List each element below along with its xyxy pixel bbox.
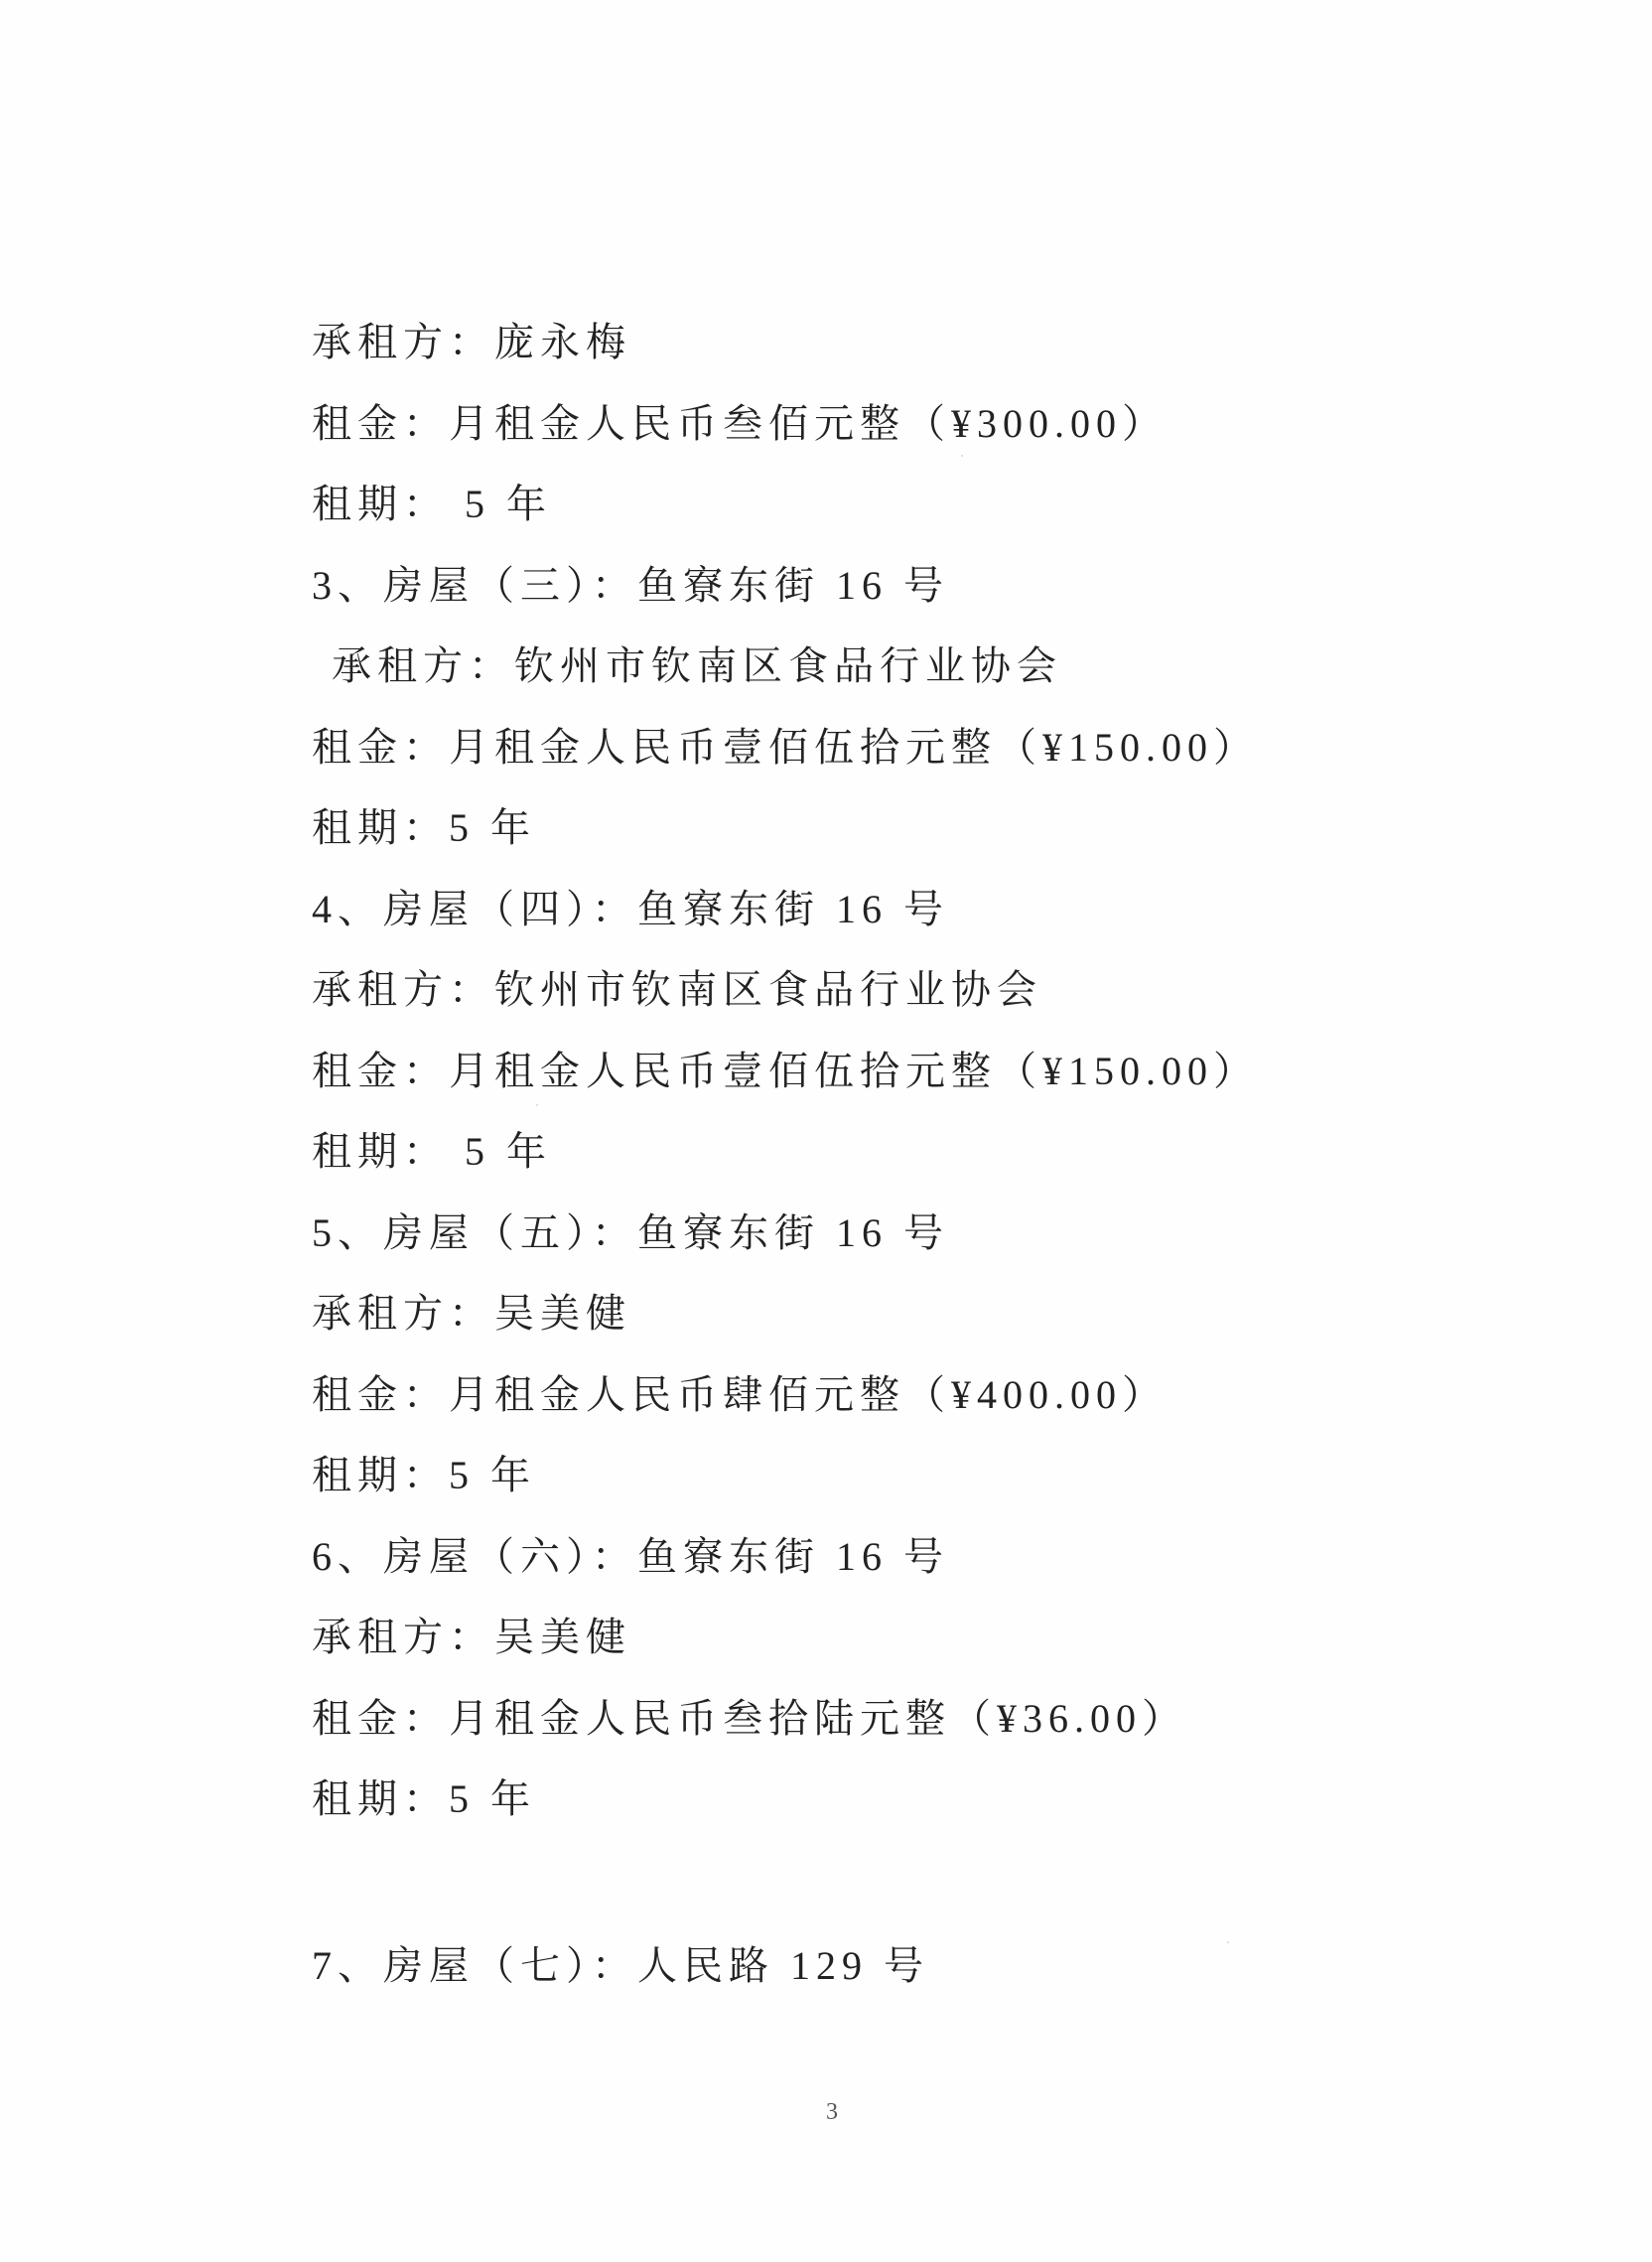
- house-7-heading: 7、房屋（七）：人民路 129 号: [312, 1936, 929, 1996]
- term-line-house-6: 租期：5 年: [312, 1769, 536, 1829]
- house-3-heading: 3、房屋（三）：鱼寮东街 16 号: [312, 556, 949, 616]
- document-page: 承租方：庞永梅 租金：月租金人民币叁佰元整（¥300.00） 租期： 5 年 3…: [0, 0, 1652, 2262]
- house-6-heading: 6、房屋（六）：鱼寮东街 16 号: [312, 1527, 949, 1587]
- scan-speck: [1227, 1941, 1229, 1943]
- page-number: 3: [820, 2097, 844, 2127]
- house-5-heading: 5、房屋（五）：鱼寮东街 16 号: [312, 1203, 949, 1263]
- scan-speck: [961, 455, 963, 457]
- rent-line-house-6: 租金：月租金人民币叁拾陆元整（¥36.00）: [312, 1689, 1187, 1749]
- term-line-house-5: 租期：5 年: [312, 1446, 536, 1505]
- tenant-line-house-5: 承租方：吴美健: [312, 1284, 631, 1343]
- house-4-heading: 4、房屋（四）：鱼寮东街 16 号: [312, 880, 949, 939]
- term-line-house-4: 租期： 5 年: [312, 1122, 552, 1182]
- rent-line-house-5: 租金：月租金人民币肆佰元整（¥400.00）: [312, 1365, 1168, 1425]
- tenant-line-house-2: 承租方：庞永梅: [312, 313, 631, 372]
- tenant-line-house-4: 承租方：钦州市钦南区食品行业协会: [312, 960, 1042, 1020]
- rent-line-house-3: 租金：月租金人民币壹佰伍拾元整（¥150.00）: [312, 718, 1259, 778]
- scan-speck: [536, 1104, 538, 1106]
- term-line-house-3: 租期：5 年: [312, 798, 536, 858]
- tenant-line-house-6: 承租方：吴美健: [312, 1608, 631, 1667]
- rent-line-house-2: 租金：月租金人民币叁佰元整（¥300.00）: [312, 394, 1168, 454]
- tenant-line-house-3: 承租方：钦州市钦南区食品行业协会: [332, 636, 1062, 696]
- rent-line-house-4: 租金：月租金人民币壹佰伍拾元整（¥150.00）: [312, 1042, 1259, 1101]
- term-line-house-2: 租期： 5 年: [312, 475, 552, 534]
